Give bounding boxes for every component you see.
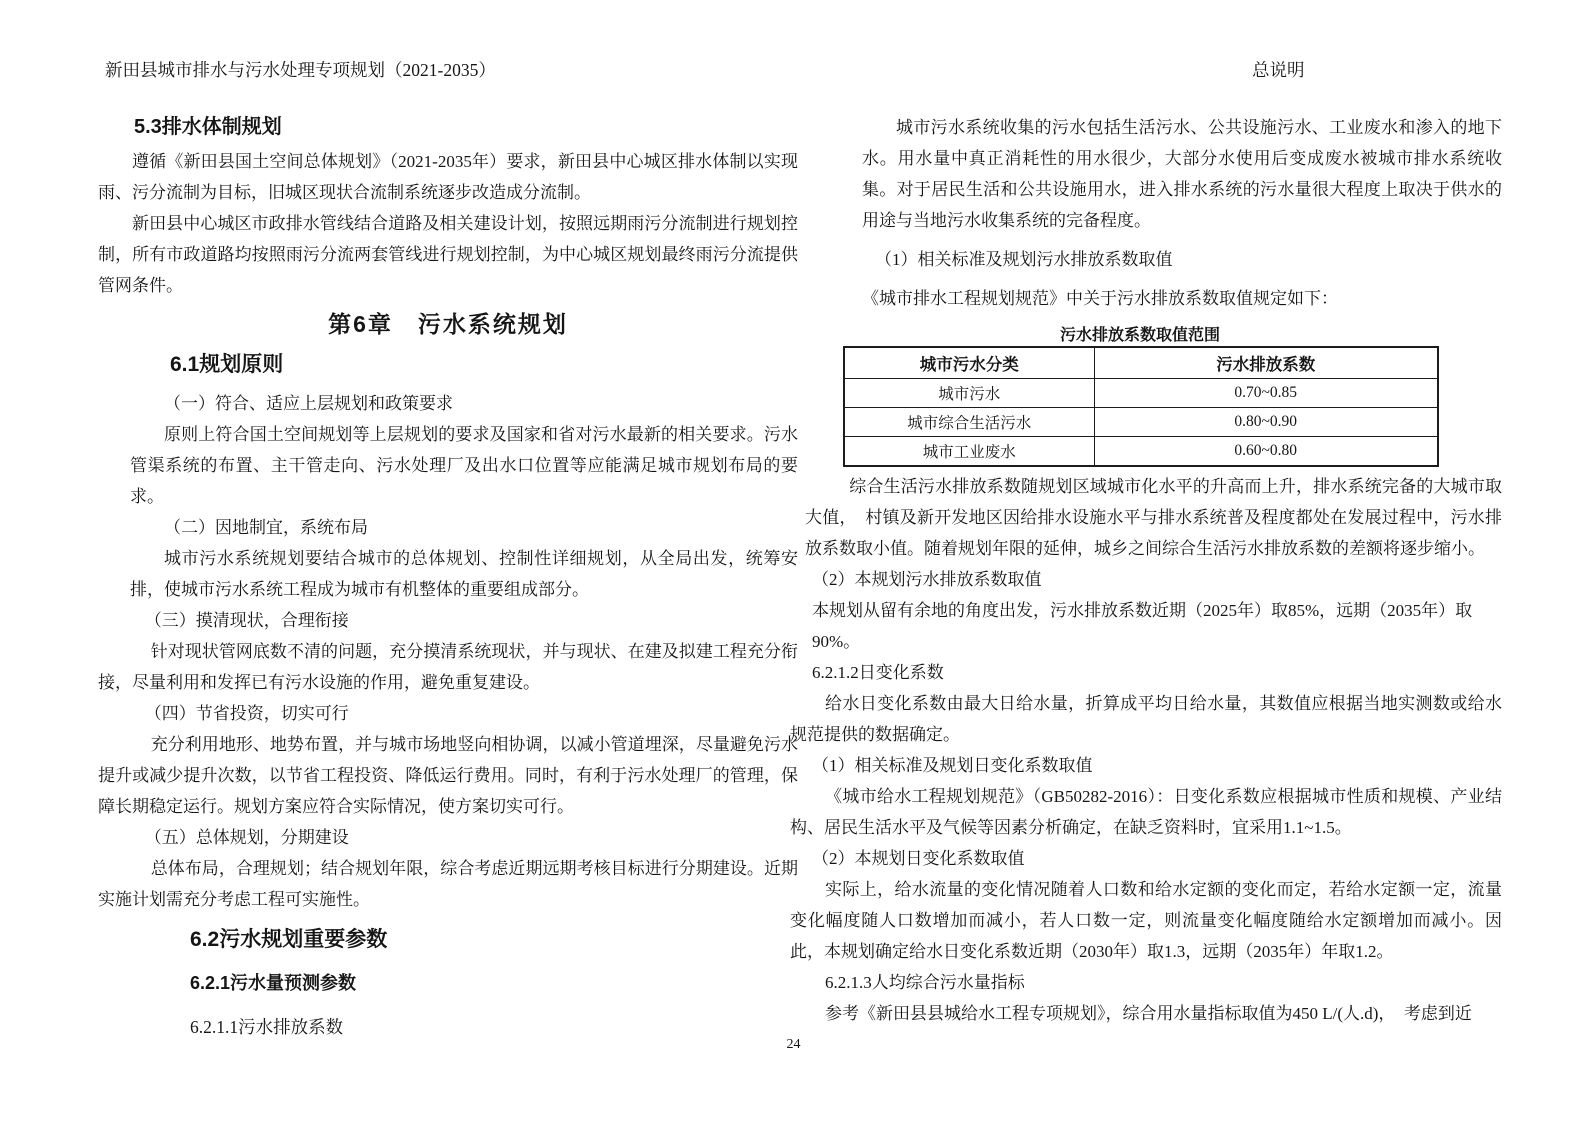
list-item: （二）因地制宜，系统布局 — [130, 512, 798, 543]
paragraph: 新田县中心城区市政排水管线结合道路及相关建设计划，按照远期雨污分流制进行规划控制… — [98, 208, 798, 301]
table-row: 城市污水 0.70~0.85 — [844, 379, 1438, 408]
table-cell: 0.80~0.90 — [1094, 408, 1438, 437]
paragraph: 遵循《新田县国土空间总体规划》（2021-2035年）要求，新田县中心城区排水体… — [98, 146, 798, 208]
paragraph: 给水日变化系数由最大日给水量，折算成平均日给水量，其数值应根据当地实测数或给水规… — [790, 688, 1502, 750]
heading-6-2-1-2: 6.2.1.2日变化系数 — [812, 657, 1502, 688]
table-cell: 0.60~0.80 — [1094, 437, 1438, 467]
list-item: （2）本规划污水排放系数取值 — [812, 564, 1502, 595]
heading-6-2: 6.2污水规划重要参数 — [190, 924, 798, 956]
heading-6-2-1: 6.2.1污水量预测参数 — [190, 969, 798, 997]
heading-5-3: 5.3排水体制规划 — [134, 112, 798, 142]
paragraph: 《城市给水工程规划规范》（GB50282-2016）：日变化系数应根据城市性质和… — [790, 781, 1502, 843]
paragraph: 参考《新田县县城给水工程专项规划》，综合用水量指标取值为450 L/(人.d)，… — [790, 998, 1502, 1029]
paragraph: 充分利用地形、地势布置，并与城市场地竖向相协调，以减小管道埋深，尽量避免污水提升… — [98, 729, 798, 822]
left-column: 5.3排水体制规划 遵循《新田县国土空间总体规划》（2021-2035年）要求，… — [98, 112, 798, 1041]
table-cell: 城市综合生活污水 — [844, 408, 1094, 437]
paragraph: 针对现状管网底数不清的问题，充分摸清系统现状，并与现状、在建及拟建工程充分衔接，… — [98, 636, 798, 698]
paragraph: 总体布局，合理规划；结合规划年限，综合考虑近期远期考核目标进行分期建设。近期实施… — [98, 853, 798, 915]
paragraph: 实际上，给水流量的变化情况随着人口数和给水定额的变化而定，若给水定额一定，流量变… — [790, 874, 1502, 967]
heading-6-1: 6.1规划原则 — [170, 350, 798, 380]
list-item: （1）相关标准及规划污水排放系数取值 — [875, 244, 1502, 275]
page-number: 24 — [0, 1037, 1587, 1053]
list-item: （1）相关标准及规划日变化系数取值 — [812, 750, 1502, 781]
table-row: 城市综合生活污水 0.80~0.90 — [844, 408, 1438, 437]
header-document-title: 新田县城市排水与污水处理专项规划（2021-2035） — [105, 58, 496, 82]
table-cell: 城市工业废水 — [844, 437, 1094, 467]
list-item: （2）本规划日变化系数取值 — [812, 843, 1502, 874]
paragraph: 综合生活污水排放系数随规划区域城市化水平的升高而上升，排水系统完备的大城市取大值… — [805, 471, 1502, 564]
table-cell: 城市污水 — [844, 379, 1094, 408]
header-section-title: 总说明 — [1252, 58, 1305, 82]
table-header-cell: 污水排放系数 — [1094, 347, 1438, 379]
paragraph: 城市污水系统规划要结合城市的总体规划、控制性详细规划，从全局出发，统筹安排，使城… — [130, 543, 798, 605]
paragraph: 城市污水系统收集的污水包括生活污水、公共设施污水、工业废水和渗入的地下水。用水量… — [862, 112, 1502, 236]
table-header-cell: 城市污水分类 — [844, 347, 1094, 379]
right-column: 城市污水系统收集的污水包括生活污水、公共设施污水、工业废水和渗入的地下水。用水量… — [790, 112, 1502, 1029]
list-item: （五）总体规划，分期建设 — [98, 822, 798, 853]
chapter-title: 第6章 污水系统规划 — [98, 307, 798, 341]
document-page: 新田县城市排水与污水处理专项规划（2021-2035） 总说明 5.3排水体制规… — [0, 0, 1587, 1122]
table-cell: 0.70~0.85 — [1094, 379, 1438, 408]
list-item: （三）摸清现状，合理衔接 — [98, 605, 798, 636]
list-item: （四）节省投资，切实可行 — [98, 698, 798, 729]
table-row: 城市工业废水 0.60~0.80 — [844, 437, 1438, 467]
heading-6-2-1-3: 6.2.1.3人均综合污水量指标 — [825, 967, 1502, 998]
table-header-row: 城市污水分类 污水排放系数 — [844, 347, 1438, 379]
table-title: 污水排放系数取值范围 — [843, 326, 1437, 346]
paragraph: 原则上符合国土空间规划等上层规划的要求及国家和省对污水最新的相关要求。污水管渠系… — [130, 419, 798, 512]
list-item: （一）符合、适应上层规划和政策要求 — [130, 388, 798, 419]
paragraph: 《城市排水工程规划规范》中关于污水排放系数取值规定如下： — [862, 283, 1502, 314]
sewage-coefficient-table: 城市污水分类 污水排放系数 城市污水 0.70~0.85 城市综合生活污水 0.… — [843, 346, 1439, 467]
paragraph: 本规划从留有余地的角度出发，污水排放系数近期（2025年）取85%，远期（203… — [812, 595, 1502, 657]
section-6-1-block: （一）符合、适应上层规划和政策要求 原则上符合国土空间规划等上层规划的要求及国家… — [130, 388, 798, 605]
